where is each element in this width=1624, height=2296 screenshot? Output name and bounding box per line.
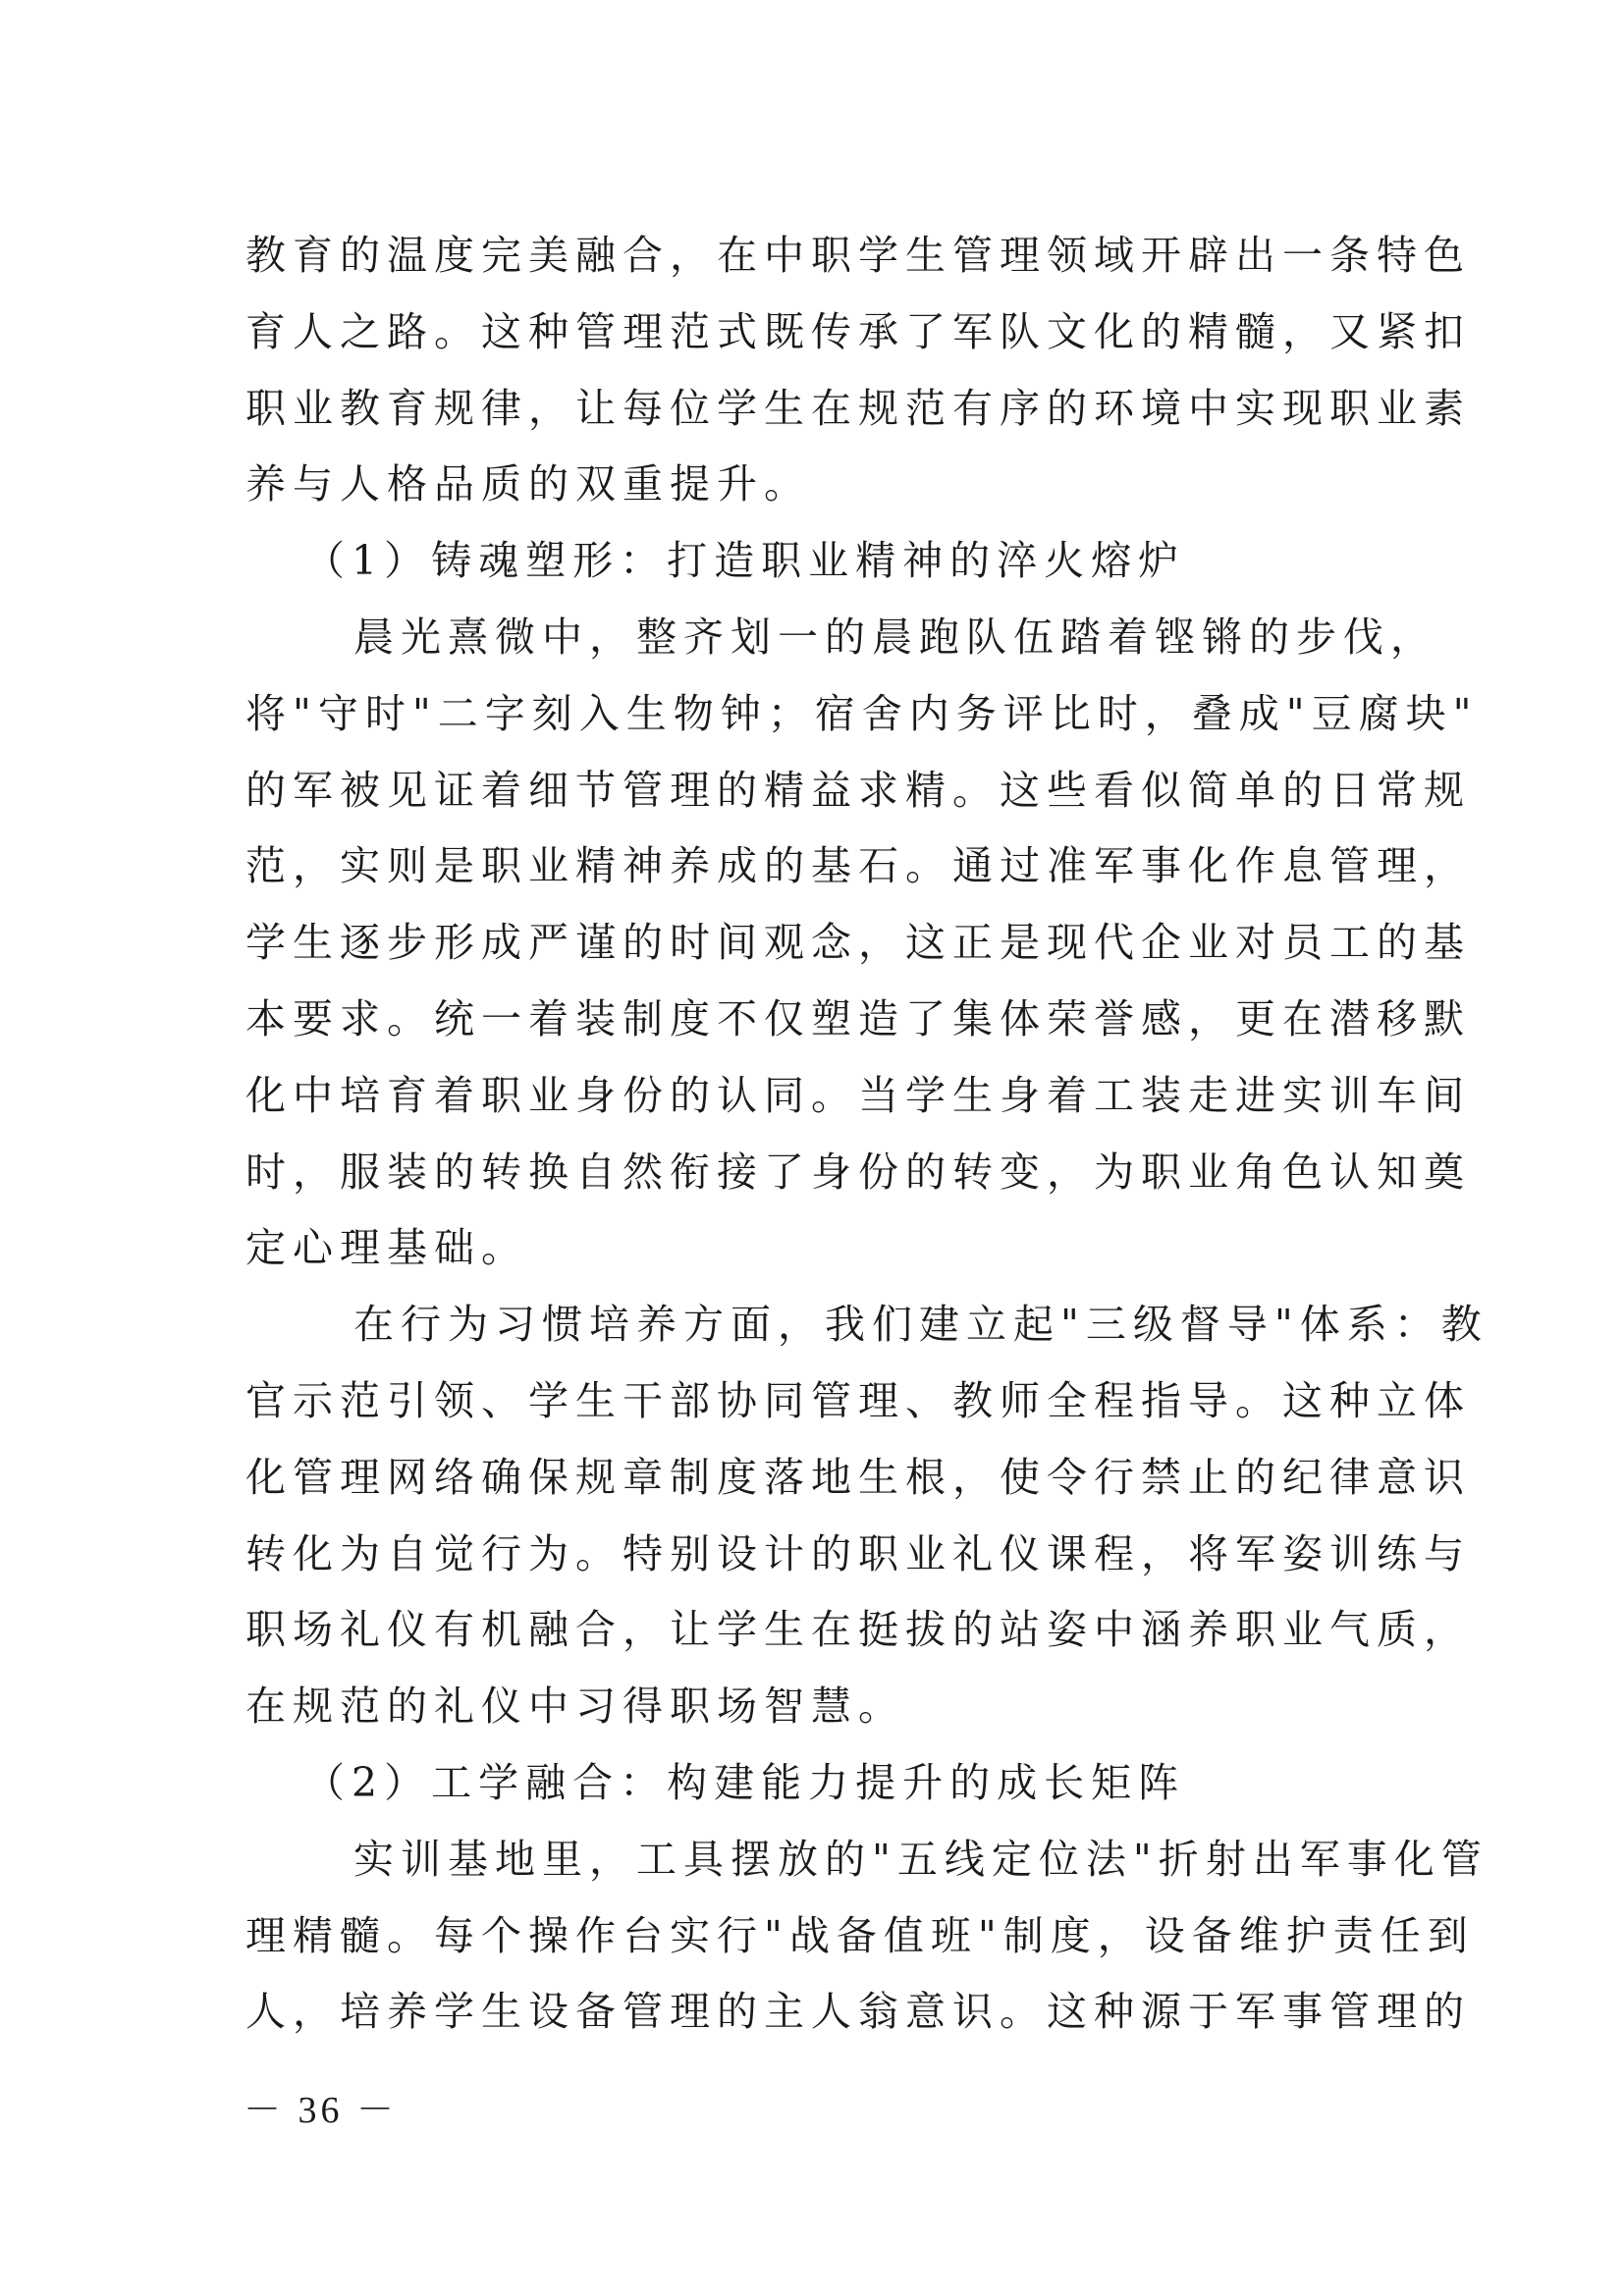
text-line: 教育的温度完美融合，在中职学生管理领域开辟出一条特色	[245, 218, 1394, 294]
section-heading: （2）工学融合：构建能力提升的成长矩阵	[245, 1745, 1394, 1822]
page-number: － 36 －	[244, 2079, 398, 2133]
text-line: 育人之路。这种管理范式既传承了军队文化的精髓，又紧扣	[245, 294, 1394, 371]
text-line: 理精髓。每个操作台实行"战备值班"制度，设备维护责任到	[245, 1898, 1394, 1975]
text-line: 职业教育规律，让每位学生在规范有序的环境中实现职业素	[245, 371, 1394, 448]
section-heading: （1）铸魂塑形：打造职业精神的淬火熔炉	[245, 523, 1394, 600]
text-line: 晨光熹微中，整齐划一的晨跑队伍踏着铿锵的步伐，	[245, 600, 1394, 676]
text-line: 的军被见证着细节管理的精益求精。这些看似简单的日常规	[245, 753, 1394, 829]
text-line: 在规范的礼仪中习得职场智慧。	[245, 1669, 1394, 1745]
text-line: 学生逐步形成严谨的时间观念，这正是现代企业对员工的基	[245, 905, 1394, 982]
text-line: 实训基地里，工具摆放的"五线定位法"折射出军事化管	[245, 1822, 1394, 1898]
text-line: 转化为自觉行为。特别设计的职业礼仪课程，将军姿训练与	[245, 1517, 1394, 1593]
text-line: 人，培养学生设备管理的主人翁意识。这种源于军事管理的	[245, 1974, 1394, 2051]
text-line: 定心理基础。	[245, 1210, 1394, 1287]
body-text: 教育的温度完美融合，在中职学生管理领域开辟出一条特色 育人之路。这种管理范式既传…	[245, 218, 1394, 2051]
text-line: 时，服装的转换自然衔接了身份的转变，为职业角色认知奠	[245, 1135, 1394, 1211]
text-line: 在行为习惯培养方面，我们建立起"三级督导"体系：教	[245, 1287, 1394, 1363]
text-line: 官示范引领、学生干部协同管理、教师全程指导。这种立体	[245, 1363, 1394, 1440]
text-line: 养与人格品质的双重提升。	[245, 447, 1394, 523]
text-line: 化管理网络确保规章制度落地生根，使令行禁止的纪律意识	[245, 1440, 1394, 1517]
text-line: 化中培育着职业身份的认同。当学生身着工装走进实训车间	[245, 1058, 1394, 1135]
text-line: 职场礼仪有机融合，让学生在挺拔的站姿中涵养职业气质，	[245, 1592, 1394, 1669]
text-line: 范，实则是职业精神养成的基石。通过准军事化作息管理，	[245, 828, 1394, 905]
text-line: 本要求。统一着装制度不仅塑造了集体荣誉感，更在潜移默	[245, 982, 1394, 1058]
document-page: 教育的温度完美融合，在中职学生管理领域开辟出一条特色 育人之路。这种管理范式既传…	[0, 0, 1624, 2296]
text-line: 将"守时"二字刻入生物钟；宿舍内务评比时，叠成"豆腐块"	[245, 676, 1394, 753]
